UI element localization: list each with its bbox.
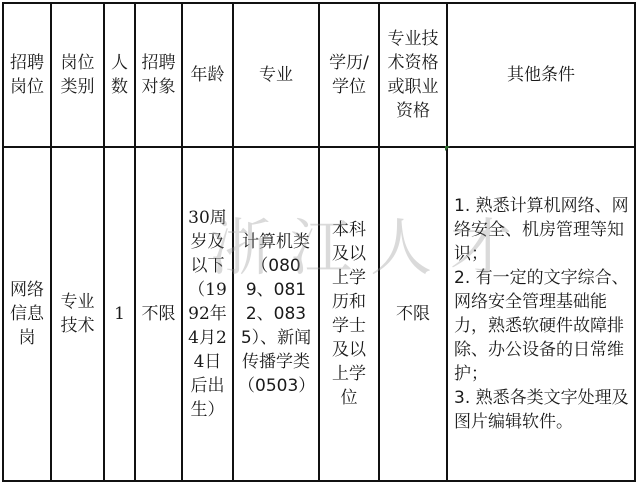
recruitment-table: 招聘岗位 岗位类别 人数 招聘对象 年龄 专业 学历/学位 专业技术资格或职业资…: [2, 2, 636, 482]
cell-category: 专业技术: [51, 147, 104, 481]
cell-major: 计算机类（0809、0812、0835）、新闻传播学类（0503）: [233, 147, 319, 481]
header-qualification: 专业技术资格或职业资格: [379, 3, 447, 147]
cell-count: 1: [104, 147, 135, 481]
header-age: 年龄: [182, 3, 233, 147]
cell-position: 网络信息岗: [3, 147, 51, 481]
header-position: 招聘岗位: [3, 3, 51, 147]
condition-item-2: 2. 有一定的文字综合、网络安全管理基础能力，熟悉软硬件故障排除、办公设备的日常…: [454, 266, 632, 386]
header-row: 招聘岗位 岗位类别 人数 招聘对象 年龄 专业 学历/学位 专业技术资格或职业资…: [3, 3, 635, 147]
cell-qualification: 不限: [379, 147, 447, 481]
cell-age: 30周岁及以下（1992年4月24日后出生）: [182, 147, 233, 481]
cell-comment-marker: [445, 146, 450, 151]
cell-education: 本科及以上学历和学士及以上学位: [319, 147, 379, 481]
header-target: 招聘对象: [135, 3, 182, 147]
cell-target: 不限: [135, 147, 182, 481]
header-count: 人数: [104, 3, 135, 147]
cell-other-conditions: 1. 熟悉计算机网络、网络安全、机房管理等知识； 2. 有一定的文字综合、网络安…: [447, 147, 635, 481]
condition-item-1: 1. 熟悉计算机网络、网络安全、机房管理等知识；: [454, 194, 632, 266]
header-other-conditions: 其他条件: [447, 3, 635, 147]
header-major: 专业: [233, 3, 319, 147]
header-category: 岗位类别: [51, 3, 104, 147]
header-education: 学历/学位: [319, 3, 379, 147]
table-row: 网络信息岗 专业技术 1 不限 30周岁及以下（1992年4月24日后出生） 计…: [3, 147, 635, 481]
condition-item-3: 3. 熟悉各类文字处理及图片编辑软件。: [454, 386, 632, 434]
